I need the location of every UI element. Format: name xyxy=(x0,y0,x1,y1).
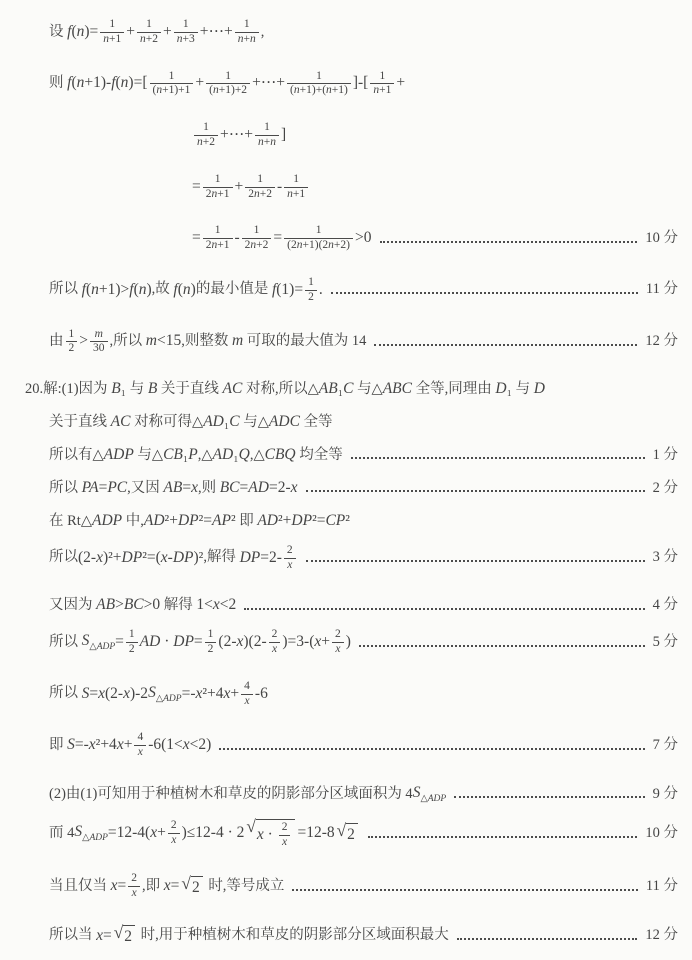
text-run: 设 xyxy=(49,23,67,43)
text-run: 所以有△ xyxy=(49,446,104,466)
math-run: >0 xyxy=(355,228,372,249)
solution-line-4: =12n+1+12n+2-1n+1 xyxy=(192,173,678,202)
fraction: 1n+2 xyxy=(137,18,161,47)
math-run: x · xyxy=(257,825,277,846)
math-run: . xyxy=(319,280,323,301)
text-run: 所以 xyxy=(49,684,82,704)
score-label: 3 分 xyxy=(653,548,678,568)
dotted-leader xyxy=(292,889,637,891)
math-run: (2-x)²+DP²=(x-DP)² xyxy=(78,548,203,569)
math-run: AC xyxy=(111,412,131,433)
text-run: 解得 xyxy=(160,596,196,616)
math-run: =12-4(x+ xyxy=(108,823,166,844)
text-run: 又因为 xyxy=(49,596,96,616)
math-run: ADP xyxy=(104,445,134,466)
fraction: 1(2n+1)(2n+2) xyxy=(284,224,353,253)
exam-solution-page: 设 f(n)=1n+1+1n+2+1n+3+⋯+1n+n,则 f(n+1)-f(… xyxy=(0,0,692,948)
math-run: = xyxy=(273,228,282,249)
math-run: 1<x<2 xyxy=(196,595,236,616)
fraction: 2x xyxy=(332,628,344,657)
text-run: ,则整数 xyxy=(181,332,232,352)
math-run: -6(1<x<2) xyxy=(148,735,211,756)
text-run: 的最小值是 xyxy=(196,280,272,300)
fraction: 1n+1 xyxy=(284,173,308,202)
score-label: 4 分 xyxy=(653,596,678,616)
math-run: x= xyxy=(164,876,180,897)
fraction: 1n+1 xyxy=(370,70,394,99)
dotted-leader xyxy=(306,490,645,492)
text-run: ,又因 xyxy=(127,479,163,499)
text-run: 即 xyxy=(236,512,258,532)
math-run: f(1)= xyxy=(272,280,303,301)
score-label: 11 分 xyxy=(646,280,678,300)
math-run: ] xyxy=(281,125,286,146)
score-label: 12 分 xyxy=(645,332,678,352)
dotted-leader xyxy=(457,938,638,940)
fraction: 12n+1 xyxy=(203,173,233,202)
solution-line-20: 当且仅当 x=2x,即 x=√2 时,等号成立11 分 xyxy=(49,872,678,901)
math-run: AB>BC>0 xyxy=(96,595,160,616)
text-run: ,所以 xyxy=(110,332,146,352)
math-run: - xyxy=(277,177,282,198)
fraction: 2x xyxy=(128,872,140,901)
math-run: (2-x)(2- xyxy=(218,632,266,653)
math-run: = xyxy=(115,632,124,653)
score-label: 9 分 xyxy=(653,785,678,805)
dotted-leader xyxy=(368,836,637,838)
solution-line-13: 所以(2-x)²+DP²=(x-DP)²,解得 DP=2-2x3 分 xyxy=(49,544,678,573)
fraction: 2x xyxy=(269,628,281,657)
math-run: B₁ xyxy=(111,379,126,400)
fraction: 2x xyxy=(279,821,291,850)
text-run: ,△ xyxy=(198,446,213,466)
fraction: 1n+1 xyxy=(100,18,124,47)
text-run: 则 xyxy=(49,74,67,94)
math-run: CBQ xyxy=(265,445,296,466)
math-run: + xyxy=(396,73,405,94)
text-run: 由 xyxy=(49,332,64,352)
text-run: 与 xyxy=(126,380,148,400)
text-run: 所以当 xyxy=(49,926,96,946)
subscripted-symbol: S△ADP xyxy=(74,822,108,845)
math-run: DP=2- xyxy=(240,548,282,569)
fraction: 1(n+1)+(n+1) xyxy=(287,70,351,99)
dotted-leader xyxy=(306,560,645,562)
solution-line-17: 即 S=-x²+4x+4x-6(1<x<2)7 分 xyxy=(49,731,678,760)
dotted-leader xyxy=(374,344,637,346)
math-run: AC xyxy=(223,379,243,400)
solution-line-10: 所以有△ADP 与△CB₁P,△AD₁Q,△CBQ 均全等1 分 xyxy=(49,445,678,466)
text-run: 关于直线 xyxy=(157,380,222,400)
solution-line-11: 所以 PA=PC,又因 AB=x,则 BC=AD=2-x2 分 xyxy=(49,478,678,499)
radical-sign-icon: √ xyxy=(114,924,124,942)
math-run: f(n)= xyxy=(67,22,98,43)
text-run: 当且仅当 xyxy=(49,877,111,897)
solution-line-5: =12n+1-12n+2=1(2n+1)(2n+2)>010 分 xyxy=(192,224,678,253)
math-run: - xyxy=(235,228,240,249)
math-run: f(n+1)>f(n) xyxy=(82,280,152,301)
score-label: 5 分 xyxy=(653,633,678,653)
square-root: √x · 2x xyxy=(246,818,295,850)
math-run: x= xyxy=(111,876,127,897)
fraction: 12n+2 xyxy=(245,173,275,202)
math-run: > xyxy=(79,331,88,352)
math-run: 2 xyxy=(124,927,132,948)
fraction: 1(n+1)+2 xyxy=(206,70,250,99)
fraction: 2x xyxy=(284,544,296,573)
fraction: m30 xyxy=(90,328,108,357)
math-run: = xyxy=(192,177,201,198)
radical-sign-icon: √ xyxy=(337,822,347,840)
score-label: 10 分 xyxy=(645,229,678,249)
text-run: 时,用于种植树木和草皮的阴影部分区域面积最大 xyxy=(137,926,449,946)
score-label: 11 分 xyxy=(646,877,678,897)
math-run: ADC xyxy=(269,412,300,433)
text-run: ,△ xyxy=(250,446,265,466)
math-run: B xyxy=(148,379,157,400)
math-run: +⋯+ xyxy=(252,73,285,94)
math-run: +⋯+ xyxy=(220,125,253,146)
text-run: 与△ xyxy=(353,380,382,400)
text-run: 而 4 xyxy=(49,824,74,844)
math-run: + xyxy=(126,22,135,43)
dotted-leader xyxy=(359,645,645,647)
math-run: 2 xyxy=(192,878,200,899)
text-run: 可取的最大值为 14 xyxy=(243,332,366,352)
math-run: f(n) xyxy=(173,280,195,301)
solution-line-14: 又因为 AB>BC>0 解得 1<x<24 分 xyxy=(49,595,678,616)
math-run: + xyxy=(195,73,204,94)
solution-line-21: 所以当 x=√2 时,用于种植树木和草皮的阴影部分区域面积最大12 分 xyxy=(49,924,678,948)
math-run: f(n+1)-f(n)=[ xyxy=(67,73,147,94)
dotted-leader xyxy=(351,457,645,459)
math-run: PA=PC xyxy=(82,478,128,499)
math-run: ]-[ xyxy=(353,73,369,94)
text-run: 所以 xyxy=(49,479,82,499)
math-run: + xyxy=(235,177,244,198)
text-run: 对称,所以△ xyxy=(242,380,318,400)
math-run: BC=AD=2-x xyxy=(220,478,298,499)
text-run: , xyxy=(261,23,265,43)
text-run: ,解得 xyxy=(203,548,239,568)
math-run: AD₁Q xyxy=(213,445,250,466)
square-root: √2 xyxy=(337,822,358,846)
fraction: 4x xyxy=(241,680,253,709)
dotted-leader xyxy=(244,608,644,610)
subscripted-symbol: S△ADP xyxy=(413,783,447,806)
solution-line-15: 所以 S△ADP=12AD · DP=12(2-x)(2-2x)=3-(x+2x… xyxy=(49,628,678,657)
math-run: + xyxy=(163,22,172,43)
text-run: 与 xyxy=(512,380,534,400)
solution-line-7: 由12>m30,所以 m<15,则整数 m 可取的最大值为 1412 分 xyxy=(49,328,678,357)
text-run: ,故 xyxy=(152,280,174,300)
math-run: = xyxy=(192,228,201,249)
solution-line-6: 所以 f(n+1)>f(n),故 f(n)的最小值是 f(1)=12.11 分 xyxy=(49,276,678,305)
text-run: ,即 xyxy=(142,877,164,897)
math-run: ABC xyxy=(383,379,412,400)
fraction: 2x xyxy=(168,819,180,848)
text-run: 与△ xyxy=(240,413,269,433)
solution-line-9: 关于直线 AC 对称可得△AD₁C 与△ADC 全等 xyxy=(49,412,678,433)
radical-sign-icon: √ xyxy=(246,818,256,836)
fraction: 12 xyxy=(305,276,317,305)
math-run: ADP xyxy=(92,511,122,532)
dotted-leader xyxy=(219,748,644,750)
fraction: 12 xyxy=(126,628,138,657)
fraction: 1n+n xyxy=(235,18,259,47)
solution-line-8: 20.解:(1)因为 B₁ 与 B 关于直线 AC 对称,所以△AB₁C 与△A… xyxy=(25,379,678,400)
fraction: 1n+2 xyxy=(194,121,218,150)
subscripted-symbol: S△ADP xyxy=(82,631,116,654)
fraction: 12 xyxy=(205,628,217,657)
math-run: )=3-(x+ xyxy=(282,632,330,653)
math-run: )≤12-4 · 2 xyxy=(182,823,245,844)
text-run: 所以 xyxy=(49,633,82,653)
math-run: =-x²+4x+ xyxy=(182,684,240,705)
math-run: AD²+DP²=CP² xyxy=(257,511,350,532)
solution-line-16: 所以 S=x(2-x)-2S△ADP=-x²+4x+4x-6 xyxy=(49,680,678,709)
text-run: 时,等号成立 xyxy=(205,877,285,897)
math-run: AB=x xyxy=(163,478,198,499)
fraction: 1n+3 xyxy=(174,18,198,47)
solution-line-18: (2)由(1)可知用于种植树木和草皮的阴影部分区域面积为 4S△ADP9 分 xyxy=(49,783,678,806)
math-run: AB₁C xyxy=(319,379,354,400)
score-label: 12 分 xyxy=(645,926,678,946)
text-run: 所以 xyxy=(49,548,78,568)
score-label: 10 分 xyxy=(645,824,678,844)
math-run: x= xyxy=(96,926,112,947)
math-run: ) xyxy=(346,632,351,653)
math-run: 2 xyxy=(347,825,355,846)
math-run: m xyxy=(232,331,243,352)
fraction: 1(n+1)+1 xyxy=(150,70,194,99)
solution-line-19: 而 4S△ADP=12-4(x+2x)≤12-4 · 2√x · 2x=12-8… xyxy=(49,818,678,850)
text-run: 即 xyxy=(49,736,67,756)
text-run: 与△ xyxy=(134,446,163,466)
text-run: 均全等 xyxy=(296,446,343,466)
solution-line-3: 1n+2+⋯+1n+n] xyxy=(192,121,678,150)
math-run: AD₁C xyxy=(203,412,239,433)
solution-line-2: 则 f(n+1)-f(n)=[1(n+1)+1+1(n+1)+2+⋯+1(n+1… xyxy=(49,70,678,99)
text-run: ,则 xyxy=(198,479,220,499)
math-run: -6 xyxy=(255,684,268,705)
solution-line-12: 在 Rt△ADP 中,AD²+DP²=AP² 即 AD²+DP²=CP² xyxy=(49,511,678,532)
subscripted-symbol: S△ADP xyxy=(148,683,182,706)
fraction: 4x xyxy=(134,731,146,760)
text-run: 全等 xyxy=(300,413,333,433)
math-run: m<15 xyxy=(146,331,181,352)
fraction: 12 xyxy=(66,328,78,357)
dotted-leader xyxy=(454,796,644,798)
math-run: D₁ xyxy=(495,379,512,400)
text-run: 对称可得△ xyxy=(130,413,203,433)
math-run: =12-8 xyxy=(297,823,334,844)
text-run: 关于直线 xyxy=(49,413,111,433)
text-run: 20.解:(1)因为 xyxy=(25,380,111,400)
math-run: D xyxy=(534,379,545,400)
score-label: 2 分 xyxy=(653,479,678,499)
radical-sign-icon: √ xyxy=(181,875,191,893)
math-run: AD²+DP²=AP² xyxy=(144,511,236,532)
fraction: 1n+n xyxy=(255,121,279,150)
fraction: 12n+1 xyxy=(203,224,233,253)
text-run: 中, xyxy=(122,512,144,532)
score-label: 1 分 xyxy=(653,446,678,466)
solution-line-1: 设 f(n)=1n+1+1n+2+1n+3+⋯+1n+n, xyxy=(49,18,678,47)
dotted-leader xyxy=(331,292,638,294)
text-run: 所以 xyxy=(49,280,82,300)
fraction: 12n+2 xyxy=(242,224,272,253)
math-run: S=x(2-x)-2 xyxy=(82,684,148,705)
math-run: CB₁P xyxy=(163,445,198,466)
math-run: AD · DP= xyxy=(140,632,203,653)
dotted-leader xyxy=(380,241,638,243)
text-run: (2)由(1)可知用于种植树木和草皮的阴影部分区域面积为 4 xyxy=(49,785,413,805)
text-run: 在 Rt△ xyxy=(49,512,92,532)
math-run: S=-x²+4x+ xyxy=(67,735,132,756)
math-run: +⋯+ xyxy=(200,22,233,43)
text-run: 全等,同理由 xyxy=(412,380,495,400)
score-label: 7 分 xyxy=(653,736,678,756)
square-root: √2 xyxy=(114,924,135,948)
square-root: √2 xyxy=(181,875,202,899)
